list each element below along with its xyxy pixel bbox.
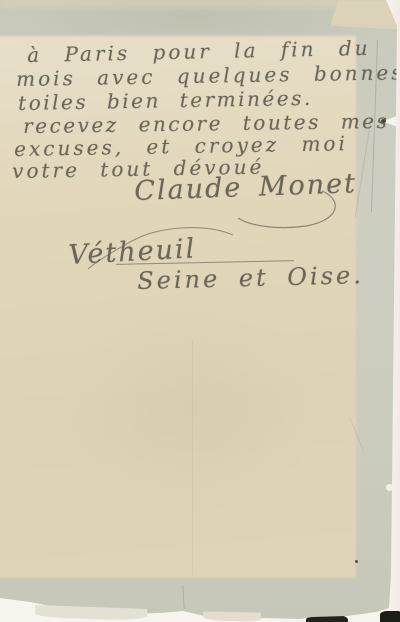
letter-sheet: à Paris pour la fin du mois avec quelque…	[0, 0, 400, 622]
address-region-seine-et-oise: Seine et Oise.	[137, 265, 364, 291]
bottom-crack	[182, 585, 184, 609]
handwriting-line-2: mois avec quelques bonnes	[16, 62, 400, 89]
paper-stain	[60, 300, 320, 520]
center-fold-crease	[192, 340, 193, 575]
handwriting-line-3: toiles bien terminées.	[18, 88, 313, 113]
crease-line	[355, 126, 370, 217]
torn-paper-flap	[203, 611, 261, 621]
paper-chip	[386, 484, 393, 491]
torn-paper-flap	[35, 605, 147, 621]
signature-claude-monet: Claude Monet	[134, 174, 357, 202]
scanned-letter-page: à Paris pour la fin du mois avec quelque…	[0, 0, 400, 622]
dark-object-under-tear-corner	[380, 611, 400, 622]
paper-top-right-discoloration	[330, 0, 400, 30]
fly-speck	[355, 560, 358, 563]
